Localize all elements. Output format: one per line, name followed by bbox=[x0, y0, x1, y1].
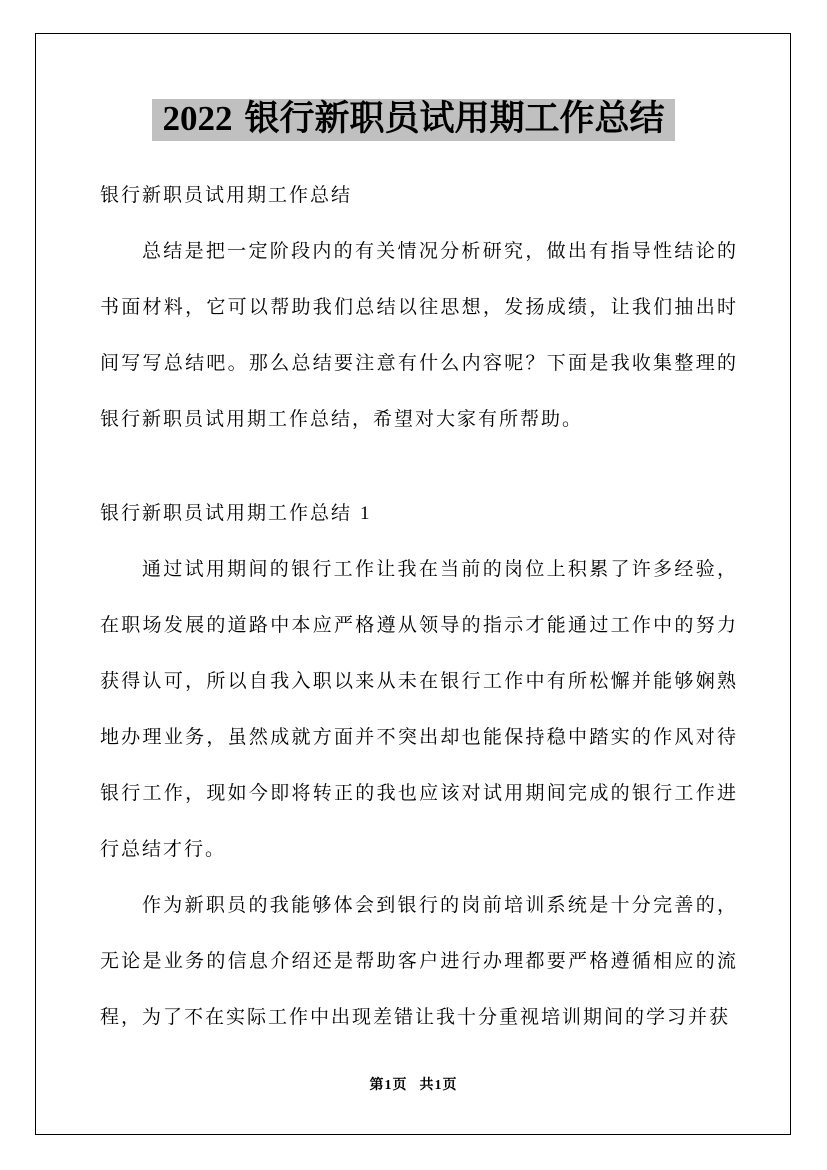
intro-paragraph: 总结是把一定阶段内的有关情况分析研究，做出有指导性结论的书面材料，它可以帮助我们… bbox=[100, 224, 738, 448]
footer-page-total: 共1页 bbox=[420, 1078, 458, 1093]
section-heading: 银行新职员试用期工作总结1 bbox=[100, 486, 738, 542]
title-text: 银行新职员试用期工作总结 bbox=[244, 99, 664, 138]
document-page: 2022银行新职员试用期工作总结 银行新职员试用期工作总结 总结是把一定阶段内的… bbox=[0, 0, 827, 1170]
section-paragraph: 作为新职员的我能够体会到银行的岗前培训系统是十分完善的，无论是业务的信息介绍还是… bbox=[100, 878, 738, 1046]
document-body: 银行新职员试用期工作总结 总结是把一定阶段内的有关情况分析研究，做出有指导性结论… bbox=[100, 168, 738, 1046]
page-footer: 第1页共1页 bbox=[0, 1074, 827, 1094]
section-heading-text: 银行新职员试用期工作总结 bbox=[100, 503, 352, 524]
footer-page-number: 第1页 bbox=[370, 1078, 408, 1093]
title-year: 2022 bbox=[162, 99, 232, 138]
section-number: 1 bbox=[360, 503, 372, 524]
intro-heading: 银行新职员试用期工作总结 bbox=[100, 168, 738, 224]
title-highlight: 2022银行新职员试用期工作总结 bbox=[152, 99, 674, 141]
section-paragraph: 通过试用期间的银行工作让我在当前的岗位上积累了许多经验，在职场发展的道路中本应严… bbox=[100, 542, 738, 878]
document-title: 2022银行新职员试用期工作总结 bbox=[36, 99, 791, 141]
